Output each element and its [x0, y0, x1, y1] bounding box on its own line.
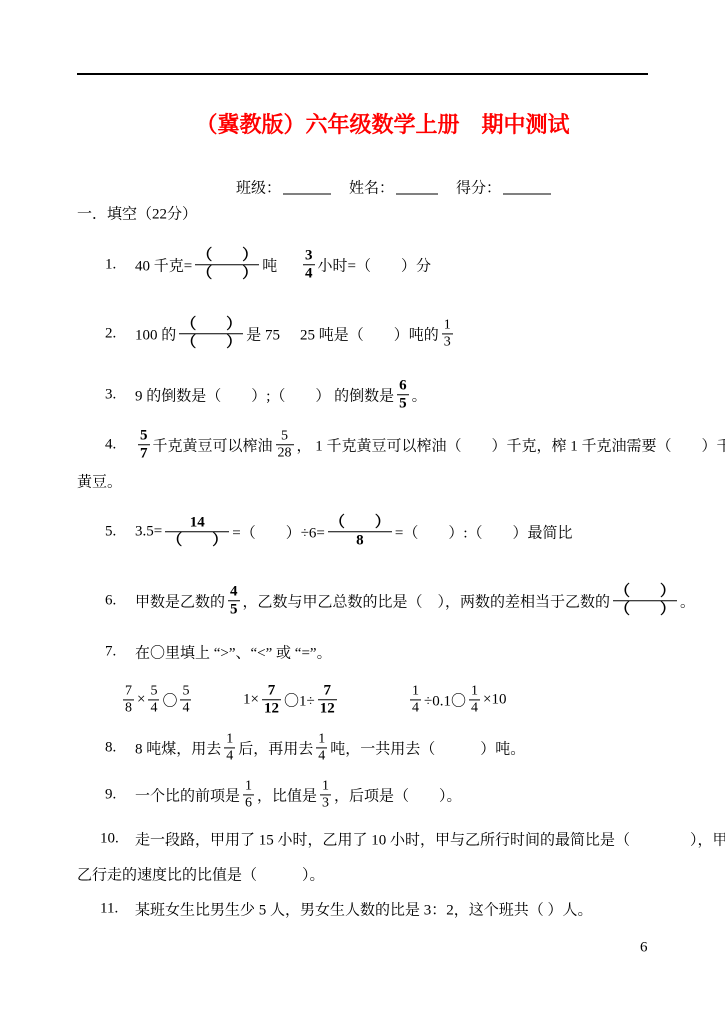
fraction: 14: [316, 731, 327, 764]
question-number: 8.: [105, 740, 135, 757]
compare-circle: 〇1÷: [284, 690, 315, 711]
fraction: 712: [318, 682, 337, 718]
question-text: ×10: [483, 692, 506, 709]
question-text: 千克黄豆可以榨油: [153, 435, 273, 456]
score-label: 得分：: [456, 177, 501, 198]
question-10: 10. 走一段路，甲用了 15 小时，乙用了 10 小时，甲与乙所行时间的最简比…: [100, 829, 725, 850]
class-label: 班级：: [236, 177, 281, 198]
question-7-expression-3: 14 ÷0.1〇 14 ×10: [407, 683, 506, 716]
question-text: 黄豆。: [77, 471, 122, 492]
question-7: 7. 在〇里填上 “>”、“<” 或 “=”。: [105, 642, 332, 663]
fraction: 13: [442, 317, 453, 350]
name-blank-line: [396, 181, 438, 195]
question-number: 5.: [105, 524, 135, 541]
question-9: 9. 一个比的前项是 16 ，比值是 13 ，后项是（ ）。: [105, 778, 462, 811]
question-text: ，比值是: [257, 785, 317, 806]
fraction: 14: [469, 683, 480, 716]
question-2: 2. 100 的 （ ）（ ） 是 75: [105, 316, 280, 352]
question-number: 9.: [105, 787, 135, 804]
fraction: 57: [138, 427, 150, 463]
question-text: 100 的: [135, 324, 176, 345]
fraction: 45: [228, 583, 240, 619]
question-text: ， 1 千克黄豆可以榨油（ ）千克，榨 1 千克油需要（ ）千克: [297, 435, 725, 456]
question-text: 在〇里填上 “>”、“<” 或 “=”。: [135, 642, 332, 663]
class-blank-line: [283, 181, 331, 195]
question-11: 11. 某班女生比男生少 5 人，男女生人数的比是 3：2，这个班共（ ）人。: [100, 899, 593, 920]
question-text: 9 的倒数是（ ）;（ ） 的倒数是: [135, 385, 394, 406]
fraction: 16: [243, 778, 254, 811]
question-6: 6. 甲数是乙数的 45 ，乙数与甲乙总数的比是（ ），两数的差相当于乙数的 （…: [105, 583, 695, 619]
question-text: 。: [412, 385, 427, 406]
question-text: 乙行走的速度比的比值是（ ）。: [77, 864, 325, 885]
question-text: ，后项是（ ）。: [334, 785, 462, 806]
question-2-right: 25 吨是（ ）吨的 13: [300, 317, 456, 350]
question-text: 1×: [243, 692, 259, 709]
document-page: （冀教版）六年级数学上册 期中测试 班级： 姓名： 得分： 一．填空（22分） …: [0, 0, 725, 1024]
question-4: 4. 57 千克黄豆可以榨油 528 ， 1 千克黄豆可以榨油（ ）千克，榨 1…: [105, 427, 725, 463]
question-number: 4.: [105, 437, 135, 454]
question-10-line2: 乙行走的速度比的比值是（ ）。: [77, 864, 325, 885]
compare-circle: ÷0.1〇: [424, 690, 466, 711]
page-number: 6: [640, 940, 648, 957]
question-number: 6.: [105, 593, 135, 610]
fraction: 14: [224, 731, 235, 764]
question-number: 11.: [100, 901, 135, 918]
page-title: （冀教版）六年级数学上册 期中测试: [77, 108, 648, 139]
question-1-right: 34 小时=（ ）分: [300, 247, 431, 283]
question-text: 40 千克=: [135, 255, 192, 276]
question-5: 5. 3.5= 14（ ） =（ ）÷6= （ ）8 =（ ）:（ ）最简比: [105, 514, 573, 550]
blank-fraction: （ ）（ ）: [613, 583, 677, 619]
header-divider-line: [77, 73, 648, 75]
compare-circle: 〇: [162, 690, 177, 711]
question-text: 甲数是乙数的: [135, 591, 225, 612]
question-text: ，乙数与甲乙总数的比是（ ），两数的差相当于乙数的: [243, 591, 611, 612]
fraction: 54: [180, 683, 191, 716]
question-number: 2.: [105, 326, 135, 343]
question-text: 走一段路，甲用了 15 小时，乙用了 10 小时，甲与乙所行时间的最简比是（ ）…: [135, 829, 725, 850]
student-info-line: 班级： 姓名： 得分：: [236, 177, 551, 198]
question-number: 10.: [100, 831, 135, 848]
question-text: 小时=（ ）分: [318, 255, 431, 276]
fraction: 54: [148, 683, 159, 716]
question-7-expression-2: 1× 712 〇1÷ 712: [243, 682, 340, 718]
fraction: 13: [320, 778, 331, 811]
question-4-line2: 黄豆。: [77, 471, 122, 492]
question-text: 是 75: [246, 324, 280, 345]
blank-fraction: （ ）（ ）: [179, 316, 243, 352]
question-text: 某班女生比男生少 5 人，男女生人数的比是 3：2，这个班共（ ）人。: [135, 899, 593, 920]
question-7-expression-1: 78 × 54 〇 54: [120, 683, 194, 716]
question-3: 3. 9 的倒数是（ ）;（ ） 的倒数是 65 。: [105, 377, 427, 413]
blank-fraction: （ ）（ ）: [195, 247, 259, 283]
question-text: =（ ）÷6=: [232, 522, 325, 543]
question-1: 1. 40 千克= （ ）（ ） 吨: [105, 247, 277, 283]
fraction: 528: [276, 428, 294, 461]
question-text: 吨，一共用去（ ）吨。: [330, 738, 525, 759]
question-number: 3.: [105, 387, 135, 404]
question-text: 。: [680, 591, 695, 612]
blank-fraction: 14（ ）: [165, 514, 229, 550]
fraction: 65: [397, 377, 409, 413]
fraction: 78: [123, 683, 134, 716]
blank-fraction: （ ）8: [328, 514, 392, 550]
question-text: 3.5=: [135, 524, 162, 541]
question-text: 8 吨煤，用去: [135, 738, 221, 759]
question-text: 25 吨是（ ）吨的: [300, 324, 439, 345]
question-text: 后，再用去: [238, 738, 313, 759]
fraction: 14: [410, 683, 421, 716]
question-8: 8. 8 吨煤，用去 14 后，再用去 14 吨，一共用去（ ）吨。: [105, 731, 525, 764]
question-number: 1.: [105, 257, 135, 274]
fraction: 34: [303, 247, 315, 283]
section-heading: 一．填空（22分）: [77, 203, 197, 224]
question-number: 7.: [105, 644, 135, 661]
question-text: 吨: [262, 255, 277, 276]
name-label: 姓名：: [349, 177, 394, 198]
score-blank-line: [503, 181, 551, 195]
question-text: =（ ）:（ ）最简比: [395, 522, 573, 543]
fraction: 712: [262, 682, 281, 718]
multiply-sign: ×: [137, 692, 145, 709]
question-text: 一个比的前项是: [135, 785, 240, 806]
